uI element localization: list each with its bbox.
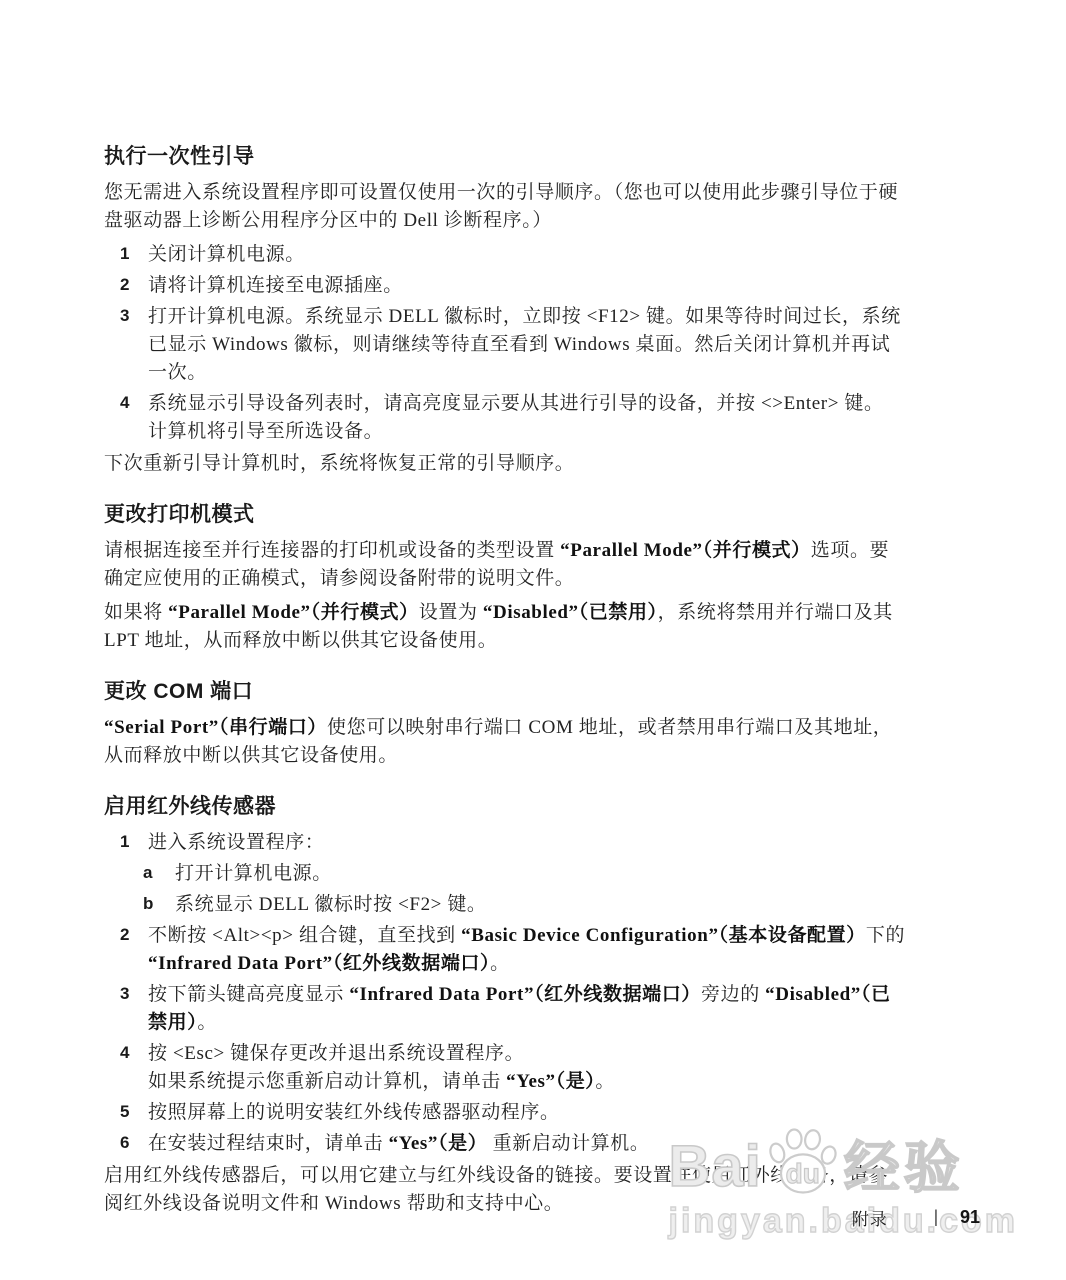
paragraph: 您无需进入系统设置程序即可设置仅使用一次的引导顺序。（您也可以使用此步骤引导位于… [104, 179, 906, 235]
section-printer-mode: 更改打印机模式 请根据连接至并行连接器的打印机或设备的类型设置 “Paralle… [104, 498, 906, 655]
baidu-paw-icon: du [765, 1128, 841, 1194]
list-item: 1 关闭计算机电源。 [104, 241, 906, 269]
watermark-text-bai: Bai [669, 1139, 762, 1194]
list-item-text: 进入系统设置程序： [148, 829, 906, 857]
section-com-port: 更改 COM 端口 “Serial Port”（串行端口）使您可以映射串行端口 … [104, 675, 906, 770]
page-footer: 附录 | 91 [852, 1205, 980, 1230]
list-item-number: 1 [120, 241, 148, 269]
list-item: 4 按 <Esc> 键保存更改并退出系统设置程序。如果系统提示您重新启动计算机，… [104, 1040, 906, 1096]
page-content: 执行一次性引导 您无需进入系统设置程序即可设置仅使用一次的引导顺序。（您也可以使… [0, 0, 1066, 1218]
sub-list-item: b 系统显示 DELL 徽标时按 <F2> 键。 [104, 891, 906, 919]
list-item-number: 2 [120, 272, 148, 300]
list-item-text: 不断按 <Alt><p> 组合键，直至找到 “Basic Device Conf… [148, 922, 906, 978]
sub-list-item: a 打开计算机电源。 [104, 860, 906, 888]
footer-page-number: 91 [960, 1207, 980, 1228]
numbered-list: 1 进入系统设置程序： a 打开计算机电源。 b 系统显示 DELL 徽标时按 … [104, 829, 906, 1158]
list-item-text: 按照屏幕上的说明安装红外线传感器驱动程序。 [148, 1099, 906, 1127]
list-item-number: 4 [120, 1040, 148, 1096]
list-item: 3 按下箭头键高亮度显示 “Infrared Data Port”（红外线数据端… [104, 981, 906, 1037]
section-heading: 启用红外线传感器 [104, 790, 906, 820]
list-item-number: 4 [120, 390, 148, 446]
list-item-text: 请将计算机连接至电源插座。 [148, 272, 906, 300]
paragraph: 下次重新引导计算机时，系统将恢复正常的引导顺序。 [104, 450, 906, 478]
list-item-number: 3 [120, 981, 148, 1037]
list-item: 1 进入系统设置程序： [104, 829, 906, 857]
section-heading: 更改 COM 端口 [104, 675, 906, 705]
list-item-text: 打开计算机电源。系统显示 DELL 徽标时，立即按 <F12> 键。如果等待时间… [148, 303, 906, 387]
list-item: 2 请将计算机连接至电源插座。 [104, 272, 906, 300]
list-item-number: 6 [120, 1130, 148, 1158]
list-item: 2 不断按 <Alt><p> 组合键，直至找到 “Basic Device Co… [104, 922, 906, 978]
paragraph: 请根据连接至并行连接器的打印机或设备的类型设置 “Parallel Mode”（… [104, 537, 906, 593]
list-item-number: 3 [120, 303, 148, 387]
list-item-text: 关闭计算机电源。 [148, 241, 906, 269]
paragraph: “Serial Port”（串行端口）使您可以映射串行端口 COM 地址，或者禁… [104, 714, 906, 770]
watermark-logo: Bai du 经验 [669, 1128, 1018, 1194]
list-item: 4 系统显示引导设备列表时，请高亮度显示要从其进行引导的设备，并按 <>Ente… [104, 390, 906, 446]
footer-divider: | [934, 1208, 938, 1228]
sub-list-item-letter: b [143, 891, 175, 919]
list-item-number: 2 [120, 922, 148, 978]
footer-section-label: 附录 [852, 1205, 888, 1230]
list-item: 3 打开计算机电源。系统显示 DELL 徽标时，立即按 <F12> 键。如果等待… [104, 303, 906, 387]
document-page: 执行一次性引导 您无需进入系统设置程序即可设置仅使用一次的引导顺序。（您也可以使… [0, 0, 1066, 1280]
section-one-time-boot: 执行一次性引导 您无需进入系统设置程序即可设置仅使用一次的引导顺序。（您也可以使… [104, 140, 906, 478]
sub-list-item-text: 系统显示 DELL 徽标时按 <F2> 键。 [175, 891, 906, 919]
list-item-text: 按下箭头键高亮度显示 “Infrared Data Port”（红外线数据端口）… [148, 981, 906, 1037]
section-heading: 更改打印机模式 [104, 498, 906, 528]
sub-list-item-letter: a [143, 860, 175, 888]
list-item-number: 5 [120, 1099, 148, 1127]
list-item: 5 按照屏幕上的说明安装红外线传感器驱动程序。 [104, 1099, 906, 1127]
list-item-text: 系统显示引导设备列表时，请高亮度显示要从其进行引导的设备，并按 <>Enter>… [148, 390, 906, 446]
numbered-list: 1 关闭计算机电源。 2 请将计算机连接至电源插座。 3 打开计算机电源。系统显… [104, 241, 906, 446]
watermark-text-jingyan: 经验 [844, 1141, 964, 1194]
list-item-group: 1 进入系统设置程序： a 打开计算机电源。 b 系统显示 DELL 徽标时按 … [104, 829, 906, 919]
section-heading: 执行一次性引导 [104, 140, 906, 170]
paragraph: 如果将 “Parallel Mode”（并行模式）设置为 “Disabled”（… [104, 599, 906, 655]
watermark-text-du: du [786, 1158, 820, 1190]
sub-list-item-text: 打开计算机电源。 [175, 860, 906, 888]
list-item-number: 1 [120, 829, 148, 857]
list-item-text: 按 <Esc> 键保存更改并退出系统设置程序。如果系统提示您重新启动计算机，请单… [148, 1040, 906, 1096]
